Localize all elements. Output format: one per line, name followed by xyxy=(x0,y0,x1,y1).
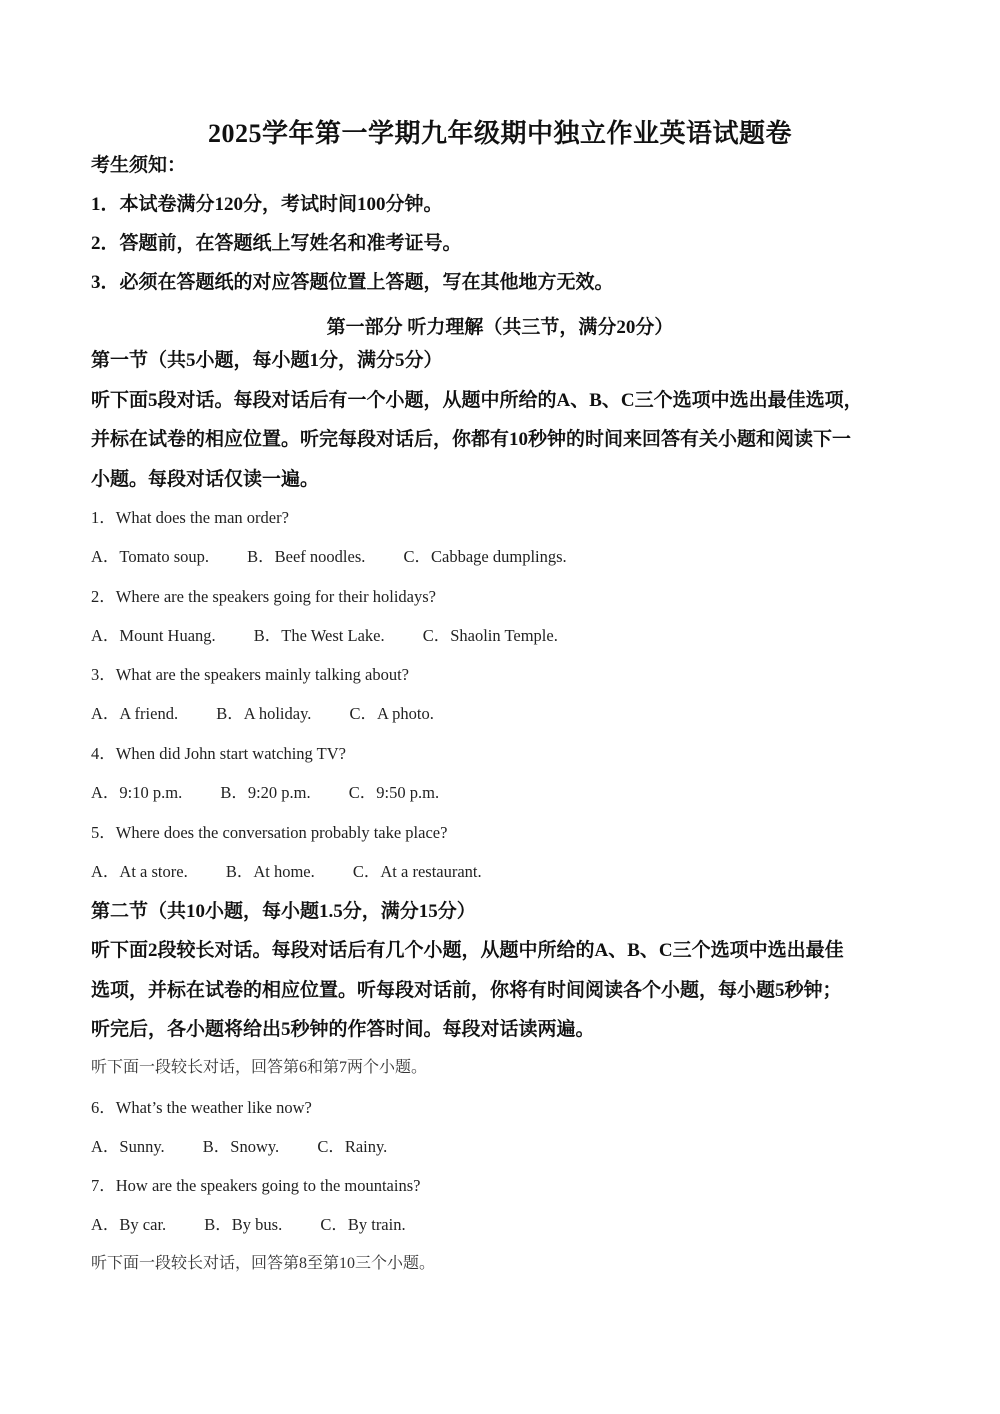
option-c[interactable]: C．Shaolin Temple. xyxy=(423,628,558,645)
question-stem: 1．What does the man order? xyxy=(91,510,289,527)
option-b[interactable]: B．A holiday. xyxy=(216,706,311,723)
exam-title: 2025学年第一学期九年级期中独立作业英语试题卷 xyxy=(0,113,1000,150)
section-directions-line: 选项，并标在试卷的相应位置。听每段对话前，你将有时间阅读各个小题，每小题5秒钟； xyxy=(91,981,842,1000)
section-heading: 第二节（共10小题，每小题1.5分，满分15分） xyxy=(91,902,476,921)
option-b[interactable]: B．The West Lake. xyxy=(254,628,385,645)
option-c[interactable]: C．9:50 p.m. xyxy=(349,785,439,802)
section-heading: 第一节（共5小题，每小题1分，满分5分） xyxy=(91,351,443,370)
section-directions-line: 听完后，各小题将给出5秒钟的作答时间。每段对话读两遍。 xyxy=(91,1020,595,1039)
question-options: A．Tomato soup. B．Beef noodles. C．Cabbage… xyxy=(91,549,567,566)
part-heading: 第一部分 听力理解（共三节，满分20分） xyxy=(0,312,1000,339)
question-stem: 5．Where does the conversation probably t… xyxy=(91,825,447,842)
section-directions-line: 小题。每段对话仅读一遍。 xyxy=(91,470,319,489)
option-b[interactable]: B．Beef noodles. xyxy=(247,549,365,566)
question-options: A．Sunny. B．Snowy. C．Rainy. xyxy=(91,1139,387,1156)
question-options: A．At a store. B．At home. C．At a restaura… xyxy=(91,864,482,881)
option-b[interactable]: B．By bus. xyxy=(204,1217,282,1234)
option-c[interactable]: C．A photo. xyxy=(350,706,434,723)
dialogue-note: 听下面一段较长对话，回答第8至第10三个小题。 xyxy=(91,1256,435,1272)
option-c[interactable]: C．Rainy. xyxy=(317,1139,387,1156)
question-options: A．Mount Huang. B．The West Lake. C．Shaoli… xyxy=(91,628,558,645)
question-options: A．A friend. B．A holiday. C．A photo. xyxy=(91,706,434,723)
option-b[interactable]: B．9:20 p.m. xyxy=(220,785,310,802)
question-stem: 2．Where are the speakers going for their… xyxy=(91,589,436,606)
instructions-heading: 考生须知： xyxy=(91,156,186,175)
exam-page: 2025学年第一学期九年级期中独立作业英语试题卷 考生须知： 1．本试卷满分12… xyxy=(0,0,1000,1414)
option-a[interactable]: A．9:10 p.m. xyxy=(91,785,182,802)
section-directions-line: 并标在试卷的相应位置。听完每段对话后，你都有10秒钟的时间来回答有关小题和阅读下… xyxy=(91,430,851,449)
instruction-item: 2．答题前，在答题纸上写姓名和准考证号。 xyxy=(91,234,462,253)
question-stem: 4．When did John start watching TV? xyxy=(91,746,346,763)
section-directions-line: 听下面5段对话。每段对话后有一个小题，从题中所给的A、B、C三个选项中选出最佳选… xyxy=(91,391,863,410)
option-b[interactable]: B．Snowy. xyxy=(203,1139,279,1156)
question-stem: 6．What’s the weather like now? xyxy=(91,1100,312,1117)
option-a[interactable]: A．A friend. xyxy=(91,706,178,723)
dialogue-note: 听下面一段较长对话，回答第6和第7两个小题。 xyxy=(91,1060,427,1076)
option-a[interactable]: A．At a store. xyxy=(91,864,188,881)
option-a[interactable]: A．Tomato soup. xyxy=(91,549,209,566)
option-a[interactable]: A．By car. xyxy=(91,1217,166,1234)
instruction-item: 1．本试卷满分120分，考试时间100分钟。 xyxy=(91,195,443,214)
option-b[interactable]: B．At home. xyxy=(226,864,315,881)
instruction-item: 3．必须在答题纸的对应答题位置上答题，写在其他地方无效。 xyxy=(91,273,614,292)
question-stem: 3．What are the speakers mainly talking a… xyxy=(91,667,409,684)
option-c[interactable]: C．At a restaurant. xyxy=(353,864,482,881)
option-c[interactable]: C．Cabbage dumplings. xyxy=(404,549,567,566)
option-a[interactable]: A．Mount Huang. xyxy=(91,628,216,645)
question-stem: 7．How are the speakers going to the moun… xyxy=(91,1178,420,1195)
section-directions-line: 听下面2段较长对话。每段对话后有几个小题，从题中所给的A、B、C三个选项中选出最… xyxy=(91,941,844,960)
option-a[interactable]: A．Sunny. xyxy=(91,1139,165,1156)
question-options: A．By car. B．By bus. C．By train. xyxy=(91,1217,406,1234)
question-options: A．9:10 p.m. B．9:20 p.m. C．9:50 p.m. xyxy=(91,785,439,802)
option-c[interactable]: C．By train. xyxy=(320,1217,405,1234)
